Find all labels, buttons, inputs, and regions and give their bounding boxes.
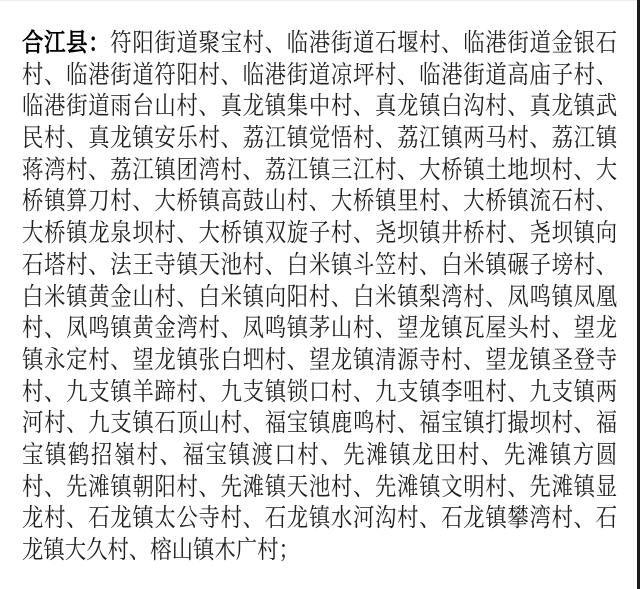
text-line-8: 石塔村、法王寺镇天池村、白米镇斗笠村、白米镇碾子塝村、 bbox=[22, 250, 617, 282]
text-line-9: 白米镇黄金山村、白米镇向阳村、白米镇梨湾村、凤鸣镇凤凰 bbox=[22, 282, 617, 314]
text-line-14: 宝镇鹤招嶺村、福宝镇渡口村、先滩镇龙田村、先滩镇方圆 bbox=[22, 440, 617, 472]
text-line-3: 临港街道雨台山村、真龙镇集中村、真龙镇白沟村、真龙镇武 bbox=[22, 91, 617, 123]
text-line-12: 村、九支镇羊蹄村、九支镇锁口村、九支镇李咀村、九支镇两 bbox=[22, 377, 617, 409]
text-line-7: 大桥镇龙泉坝村、大桥镇双旋子村、尧坝镇井桥村、尧坝镇向 bbox=[22, 218, 617, 250]
village-list-paragraph: 合江县：符阳街道聚宝村、临港街道石堰村、临港街道金银石 村、临港街道符阳村、临港… bbox=[22, 28, 617, 567]
document-page: 合江县：符阳街道聚宝村、临港街道石堰村、临港街道金银石 村、临港街道符阳村、临港… bbox=[0, 0, 640, 589]
text-line-11: 镇永定村、望龙镇张白垇村、望龙镇清源寺村、望龙镇圣登寺 bbox=[22, 345, 617, 377]
text-line-6: 桥镇算刀村、大桥镇高鼓山村、大桥镇里村、大桥镇流石村、 bbox=[22, 186, 617, 218]
text-line-16: 龙村、石龙镇太公寺村、石龙镇水河沟村、石龙镇攀湾村、石 bbox=[22, 503, 617, 535]
top-edge-line bbox=[0, 0, 640, 1]
text-line-4: 民村、真龙镇安乐村、荔江镇觉悟村、荔江镇两马村、荔江镇 bbox=[22, 123, 617, 155]
text-line-2: 村、临港街道符阳村、临港街道凉坪村、临港街道高庙子村、 bbox=[22, 60, 617, 92]
text-line-17: 龙镇大久村、榕山镇木广村； bbox=[22, 535, 617, 567]
county-label: 合江县： bbox=[22, 29, 110, 57]
text-line-13: 河村、九支镇石顶山村、福宝镇鹿鸣村、福宝镇打撮坝村、福 bbox=[22, 408, 617, 440]
village-list-segment: 符阳街道聚宝村、临港街道石堰村、临港街道金银石 bbox=[110, 29, 617, 57]
text-line-10: 村、凤鸣镇黄金湾村、凤鸣镇茅山村、望龙镇瓦屋头村、望龙 bbox=[22, 313, 617, 345]
text-line-5: 蒋湾村、荔江镇团湾村、荔江镇三江村、大桥镇土地坝村、大 bbox=[22, 155, 617, 187]
text-line-15: 村、先滩镇朝阳村、先滩镇天池村、先滩镇文明村、先滩镇显 bbox=[22, 472, 617, 504]
text-line-1: 合江县：符阳街道聚宝村、临港街道石堰村、临港街道金银石 bbox=[22, 28, 617, 60]
